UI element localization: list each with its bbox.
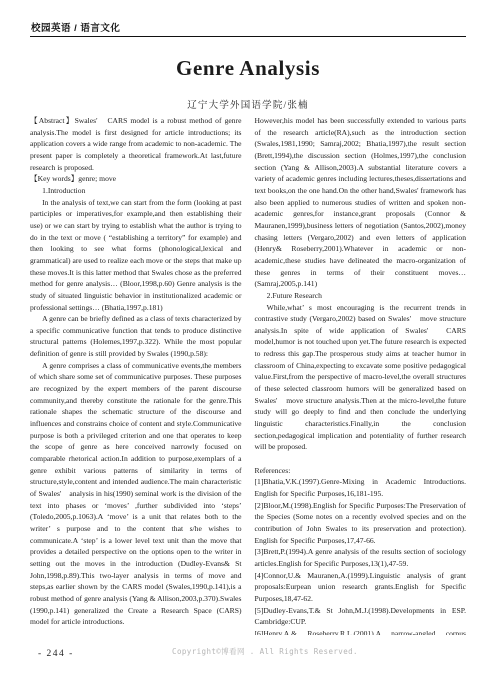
paragraph: A genre can be briefly defined as a clas…: [30, 313, 242, 360]
paragraph: [6]Henry,A.& Roseberry,R.L.(2001).A narr…: [255, 628, 467, 635]
article-author: 辽宁大学外国语学院/张楠: [0, 97, 496, 111]
paragraph: A genre comprises a class of communicati…: [30, 360, 242, 628]
header-rule: [30, 36, 466, 37]
column-left: 【Abstract】Swales' CARS model is a robust…: [30, 115, 242, 635]
copyright-notice: Copyright©博看网 . All Rights Reserved.: [0, 646, 496, 657]
journal-section-tag: 校园英语 / 语言文化: [31, 20, 120, 34]
paper-page: 校园英语 / 语言文化 Genre Analysis 辽宁大学外国语学院/张楠 …: [0, 0, 496, 673]
article-title: Genre Analysis: [0, 56, 496, 81]
paragraph: However,his model has been successfully …: [255, 115, 467, 290]
paragraph: In the analysis of text,we can start fro…: [30, 197, 242, 314]
paragraph: [5]Dudley-Evans,T.& St John,M.J.(1998).D…: [255, 605, 467, 628]
paragraph: [1]Bhatia,V.K.(1997).Genre-Mixing in Aca…: [255, 476, 467, 499]
paragraph: 【Key words】genre; move: [30, 173, 242, 185]
paragraph: [3]Brett,P.(1994).A genre analysis of th…: [255, 546, 467, 569]
paragraph: 1.Introduction: [30, 185, 242, 197]
paragraph: 2.Future Research: [255, 290, 467, 302]
paragraph: While,what’ s most encouraging is the re…: [255, 302, 467, 454]
paragraph: References:: [255, 465, 467, 477]
paragraph: [4]Connor,U.& Mauranen,A.(1999).Linguist…: [255, 570, 467, 605]
column-right: However,his model has been successfully …: [255, 115, 467, 635]
paragraph: 【Abstract】Swales' CARS model is a robust…: [30, 115, 242, 173]
article-body: 【Abstract】Swales' CARS model is a robust…: [30, 115, 466, 635]
paragraph: [2]Bloor,M.(1998).English for Specific P…: [255, 500, 467, 547]
